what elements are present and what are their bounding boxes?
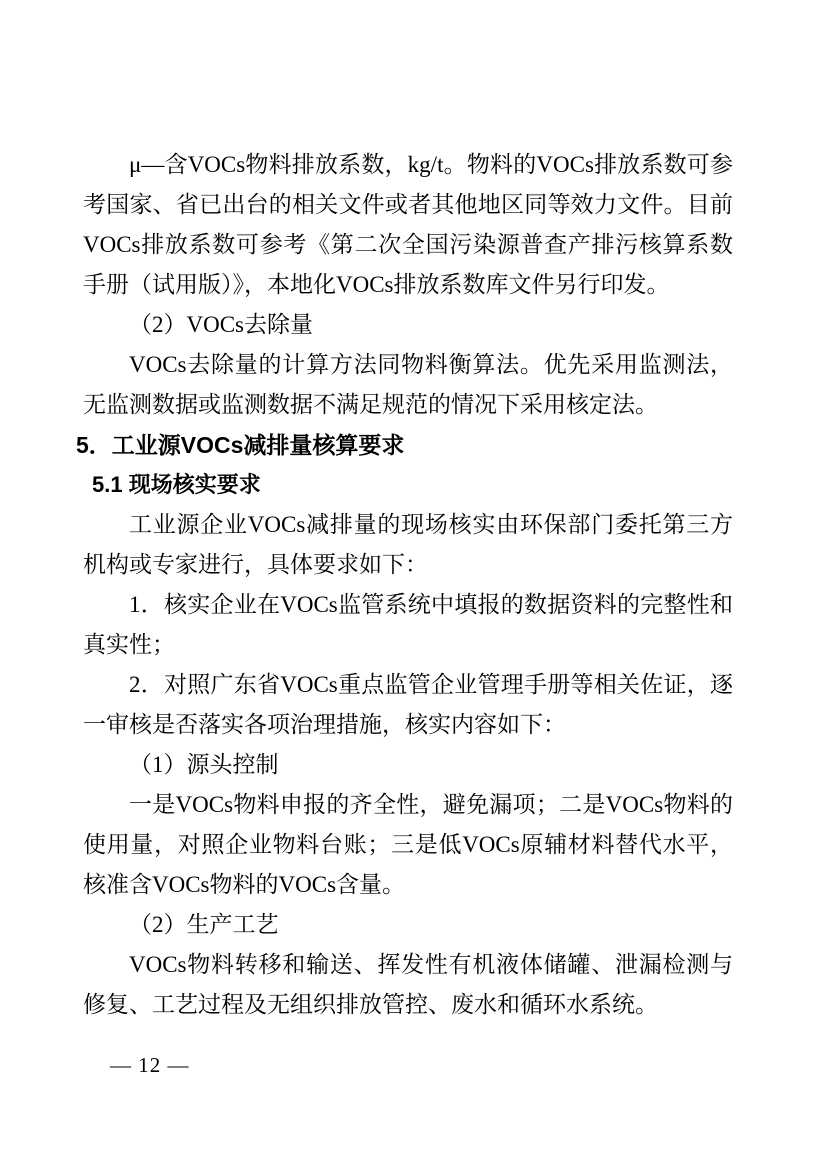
paragraph: μ—含VOCs物料排放系数，kg/t。物料的VOCs排放系数可参考国家、省已出台…: [83, 145, 733, 305]
paragraph: VOCs物料转移和输送、挥发性有机液体储罐、泄漏检测与修复、工艺过程及无组织排放…: [83, 945, 733, 1025]
paragraph: （1）源头控制: [83, 745, 733, 785]
numbered-item: 2．对照广东省VOCs重点监管企业管理手册等相关佐证，逐一审核是否落实各项治理措…: [83, 665, 733, 745]
document-page: μ—含VOCs物料排放系数，kg/t。物料的VOCs排放系数可参考国家、省已出台…: [0, 0, 827, 1169]
paragraph: VOCs去除量的计算方法同物料衡算法。优先采用监测法，无监测数据或监测数据不满足…: [83, 345, 733, 425]
document-content: μ—含VOCs物料排放系数，kg/t。物料的VOCs排放系数可参考国家、省已出台…: [83, 145, 733, 1025]
paragraph: （2）生产工艺: [83, 905, 733, 945]
paragraph: 工业源企业VOCs减排量的现场核实由环保部门委托第三方机构或专家进行，具体要求如…: [83, 505, 733, 585]
paragraph: 一是VOCs物料申报的齐全性，避免漏项；二是VOCs物料的使用量，对照企业物料台…: [83, 785, 733, 905]
page-number: — 12 —: [110, 1052, 190, 1078]
numbered-item: 1．核实企业在VOCs监管系统中填报的数据资料的完整性和真实性；: [83, 585, 733, 665]
section-heading: 5．工业源VOCs减排量核算要求: [76, 425, 733, 465]
paragraph: （2）VOCs去除量: [83, 305, 733, 345]
subsection-heading: 5.1 现场核实要求: [92, 465, 733, 505]
